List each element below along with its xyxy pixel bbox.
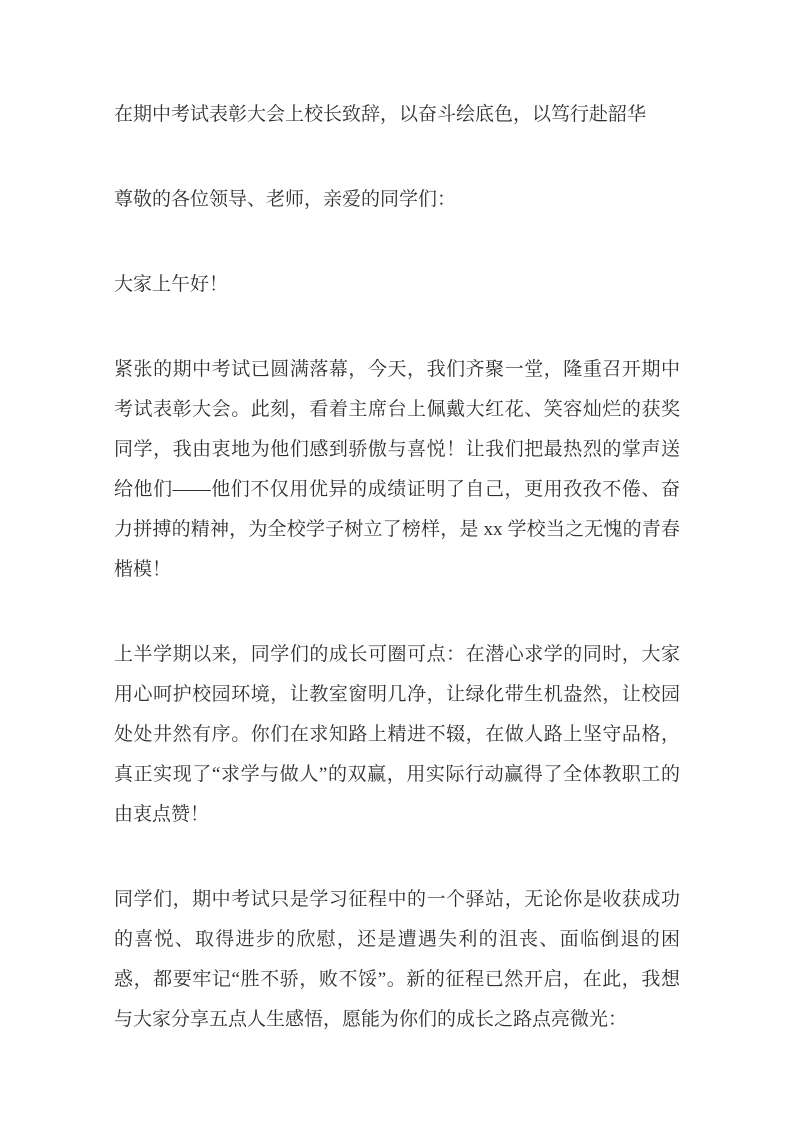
document-page: 在期中考试表彰大会上校长致辞，以奋斗绘底色，以笃行赴韶华 尊敬的各位领导、老师，… [0, 0, 793, 1122]
body-paragraph-3: 同学们，期中考试只是学习征程中的一个驿站，无论你是收获成功的喜悦、取得进步的欣慰… [114, 880, 680, 1040]
body-paragraph-2: 上半学期以来，同学们的成长可圈可点：在潜心求学的同时，大家用心呵护校园环境，让教… [114, 635, 680, 835]
document-title: 在期中考试表彰大会上校长致辞，以奋斗绘底色，以笃行赴韶华 [114, 95, 680, 135]
salutation-line: 尊敬的各位领导、老师，亲爱的同学们： [114, 180, 680, 220]
greeting-line: 大家上午好！ [114, 265, 680, 305]
body-paragraph-1: 紧张的期中考试已圆满落幕，今天，我们齐聚一堂，隆重召开期中考试表彰大会。此刻，看… [114, 350, 680, 590]
